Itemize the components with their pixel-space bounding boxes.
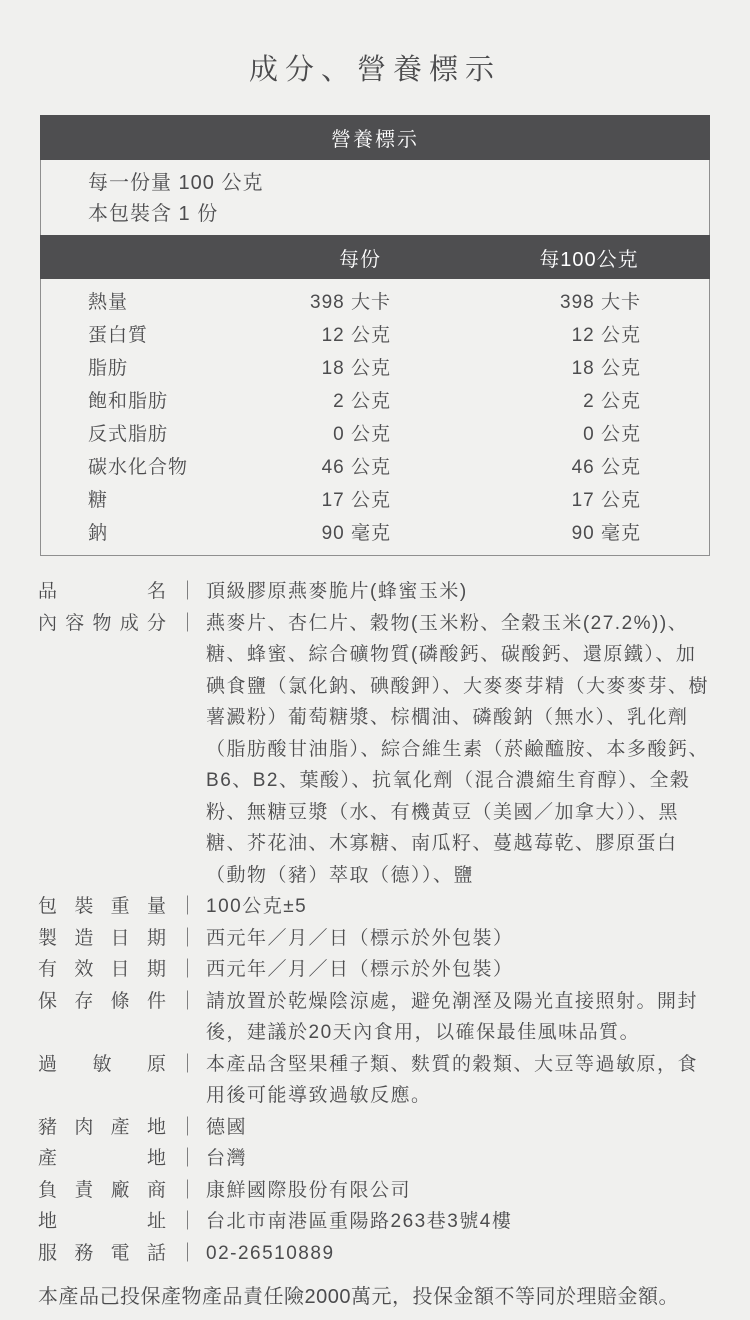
label-value-divider: ｜	[178, 1049, 198, 1081]
label-value-divider: ｜	[178, 1143, 198, 1175]
detail-label: 品名	[38, 576, 166, 608]
nutrient-name: 鈉	[41, 518, 251, 545]
detail-value: 頂級膠原燕麥脆片(蜂蜜玉米)	[206, 576, 710, 608]
nutrient-value-per-serving: 12 公克	[251, 320, 471, 347]
label-value-divider: ｜	[178, 1112, 198, 1144]
serving-size-line: 每一份量 100 公克	[88, 168, 709, 199]
detail-label: 過敏原	[38, 1049, 166, 1081]
nutrient-value-per-serving: 90 毫克	[251, 518, 471, 545]
nutrition-table-row: 蛋白質 12 公克 12 公克	[41, 317, 709, 350]
label-value-divider: ｜	[178, 923, 198, 955]
detail-row: 包裝重量 ｜ 100公克±5	[38, 891, 710, 923]
detail-label: 服務電話	[38, 1238, 166, 1270]
detail-label: 產地	[38, 1143, 166, 1175]
servings-per-package-line: 本包裝含 1 份	[88, 199, 709, 230]
nutrition-table-row: 鈉 90 毫克 90 毫克	[41, 515, 709, 548]
detail-row: 服務電話 ｜ 02-26510889	[38, 1238, 710, 1270]
nutrient-name: 脂肪	[41, 353, 251, 380]
detail-row: 品名 ｜ 頂級膠原燕麥脆片(蜂蜜玉米)	[38, 576, 710, 608]
nutrition-table-body: 熱量 398 大卡 398 大卡 蛋白質 12 公克 12 公克 脂肪 18 公…	[41, 279, 709, 555]
nutrient-name: 碳水化合物	[41, 452, 251, 479]
nutrient-name: 蛋白質	[41, 320, 251, 347]
nutrient-value-per-100g: 46 公克	[471, 452, 709, 479]
detail-label: 包裝重量	[38, 891, 166, 923]
detail-row: 地址 ｜ 台北市南港區重陽路263巷3號4樓	[38, 1206, 710, 1238]
nutrient-value-per-100g: 90 毫克	[471, 518, 709, 545]
label-value-divider: ｜	[178, 891, 198, 923]
detail-label: 豬肉產地	[38, 1112, 166, 1144]
nutrition-table-row: 糖 17 公克 17 公克	[41, 482, 709, 515]
detail-row: 產地 ｜ 台灣	[38, 1143, 710, 1175]
label-value-divider: ｜	[178, 1206, 198, 1238]
label-value-divider: ｜	[178, 1175, 198, 1207]
detail-value: 本產品含堅果種子類、麩質的穀類、大豆等過敏原，食用後可能導致過敏反應。	[206, 1049, 710, 1112]
nutrition-table-header: 營養標示	[40, 115, 710, 160]
detail-label: 負責廠商	[38, 1175, 166, 1207]
product-details-list: 品名 ｜ 頂級膠原燕麥脆片(蜂蜜玉米) 內容物成分 ｜ 燕麥片、杏仁片、穀物(玉…	[38, 576, 710, 1269]
detail-label: 保存條件	[38, 986, 166, 1018]
nutrient-value-per-100g: 18 公克	[471, 353, 709, 380]
detail-value: 02-26510889	[206, 1238, 710, 1270]
nutrition-table-row: 反式脂肪 0 公克 0 公克	[41, 416, 709, 449]
nutrition-table-row: 脂肪 18 公克 18 公克	[41, 350, 709, 383]
detail-row: 負責廠商 ｜ 康鮮國際股份有限公司	[38, 1175, 710, 1207]
detail-value: 西元年／月／日（標示於外包裝）	[206, 923, 710, 955]
label-value-divider: ｜	[178, 986, 198, 1018]
detail-value: 德國	[206, 1112, 710, 1144]
nutrient-value-per-serving: 17 公克	[251, 485, 471, 512]
detail-row: 保存條件 ｜ 請放置於乾燥陰涼處，避免潮溼及陽光直接照射。開封後，建議於20天內…	[38, 986, 710, 1049]
column-header-per-100g: 每100公克	[470, 243, 708, 272]
nutrition-table: 營養標示 每一份量 100 公克 本包裝含 1 份 每份 每100公克 熱量 3…	[40, 115, 710, 556]
page-title: 成分、營養標示	[0, 0, 750, 90]
detail-row: 有效日期 ｜ 西元年／月／日（標示於外包裝）	[38, 954, 710, 986]
detail-label: 內容物成分	[38, 608, 166, 640]
label-value-divider: ｜	[178, 1238, 198, 1270]
column-header-per-serving: 每份	[250, 243, 470, 272]
detail-label: 有效日期	[38, 954, 166, 986]
nutrient-value-per-100g: 12 公克	[471, 320, 709, 347]
nutrient-value-per-serving: 46 公克	[251, 452, 471, 479]
detail-row: 內容物成分 ｜ 燕麥片、杏仁片、穀物(玉米粉、全穀玉米(27.2%))、糖、蜂蜜…	[38, 608, 710, 892]
serving-info: 每一份量 100 公克 本包裝含 1 份	[41, 160, 709, 235]
detail-row: 過敏原 ｜ 本產品含堅果種子類、麩質的穀類、大豆等過敏原，食用後可能導致過敏反應…	[38, 1049, 710, 1112]
nutrient-value-per-serving: 2 公克	[251, 386, 471, 413]
nutrient-value-per-serving: 398 大卡	[251, 287, 471, 314]
label-value-divider: ｜	[178, 954, 198, 986]
detail-value: 台灣	[206, 1143, 710, 1175]
detail-value: 燕麥片、杏仁片、穀物(玉米粉、全穀玉米(27.2%))、糖、蜂蜜、綜合礦物質(磷…	[206, 608, 710, 892]
nutrient-value-per-serving: 0 公克	[251, 419, 471, 446]
nutrition-table-row: 碳水化合物 46 公克 46 公克	[41, 449, 709, 482]
nutrient-value-per-100g: 398 大卡	[471, 287, 709, 314]
nutrient-value-per-100g: 2 公克	[471, 386, 709, 413]
nutrient-name: 熱量	[41, 287, 251, 314]
nutrient-value-per-100g: 0 公克	[471, 419, 709, 446]
detail-value: 西元年／月／日（標示於外包裝）	[206, 954, 710, 986]
nutrition-table-row: 熱量 398 大卡 398 大卡	[41, 284, 709, 317]
detail-value: 康鮮國際股份有限公司	[206, 1175, 710, 1207]
nutrient-name: 飽和脂肪	[41, 386, 251, 413]
label-value-divider: ｜	[178, 608, 198, 640]
detail-row: 製造日期 ｜ 西元年／月／日（標示於外包裝）	[38, 923, 710, 955]
detail-value: 台北市南港區重陽路263巷3號4樓	[206, 1206, 710, 1238]
insurance-note: 本產品己投保產物產品責任險2000萬元，投保金額不等同於理賠金額。	[38, 1282, 710, 1312]
label-value-divider: ｜	[178, 576, 198, 608]
detail-value: 請放置於乾燥陰涼處，避免潮溼及陽光直接照射。開封後，建議於20天內食用，以確保最…	[206, 986, 710, 1049]
nutrition-column-headers: 每份 每100公克	[40, 235, 710, 279]
nutrient-value-per-serving: 18 公克	[251, 353, 471, 380]
detail-label: 地址	[38, 1206, 166, 1238]
nutrition-table-row: 飽和脂肪 2 公克 2 公克	[41, 383, 709, 416]
detail-row: 豬肉產地 ｜ 德國	[38, 1112, 710, 1144]
nutrient-name: 反式脂肪	[41, 419, 251, 446]
detail-value: 100公克±5	[206, 891, 710, 923]
nutrient-value-per-100g: 17 公克	[471, 485, 709, 512]
nutrient-name: 糖	[41, 485, 251, 512]
detail-label: 製造日期	[38, 923, 166, 955]
